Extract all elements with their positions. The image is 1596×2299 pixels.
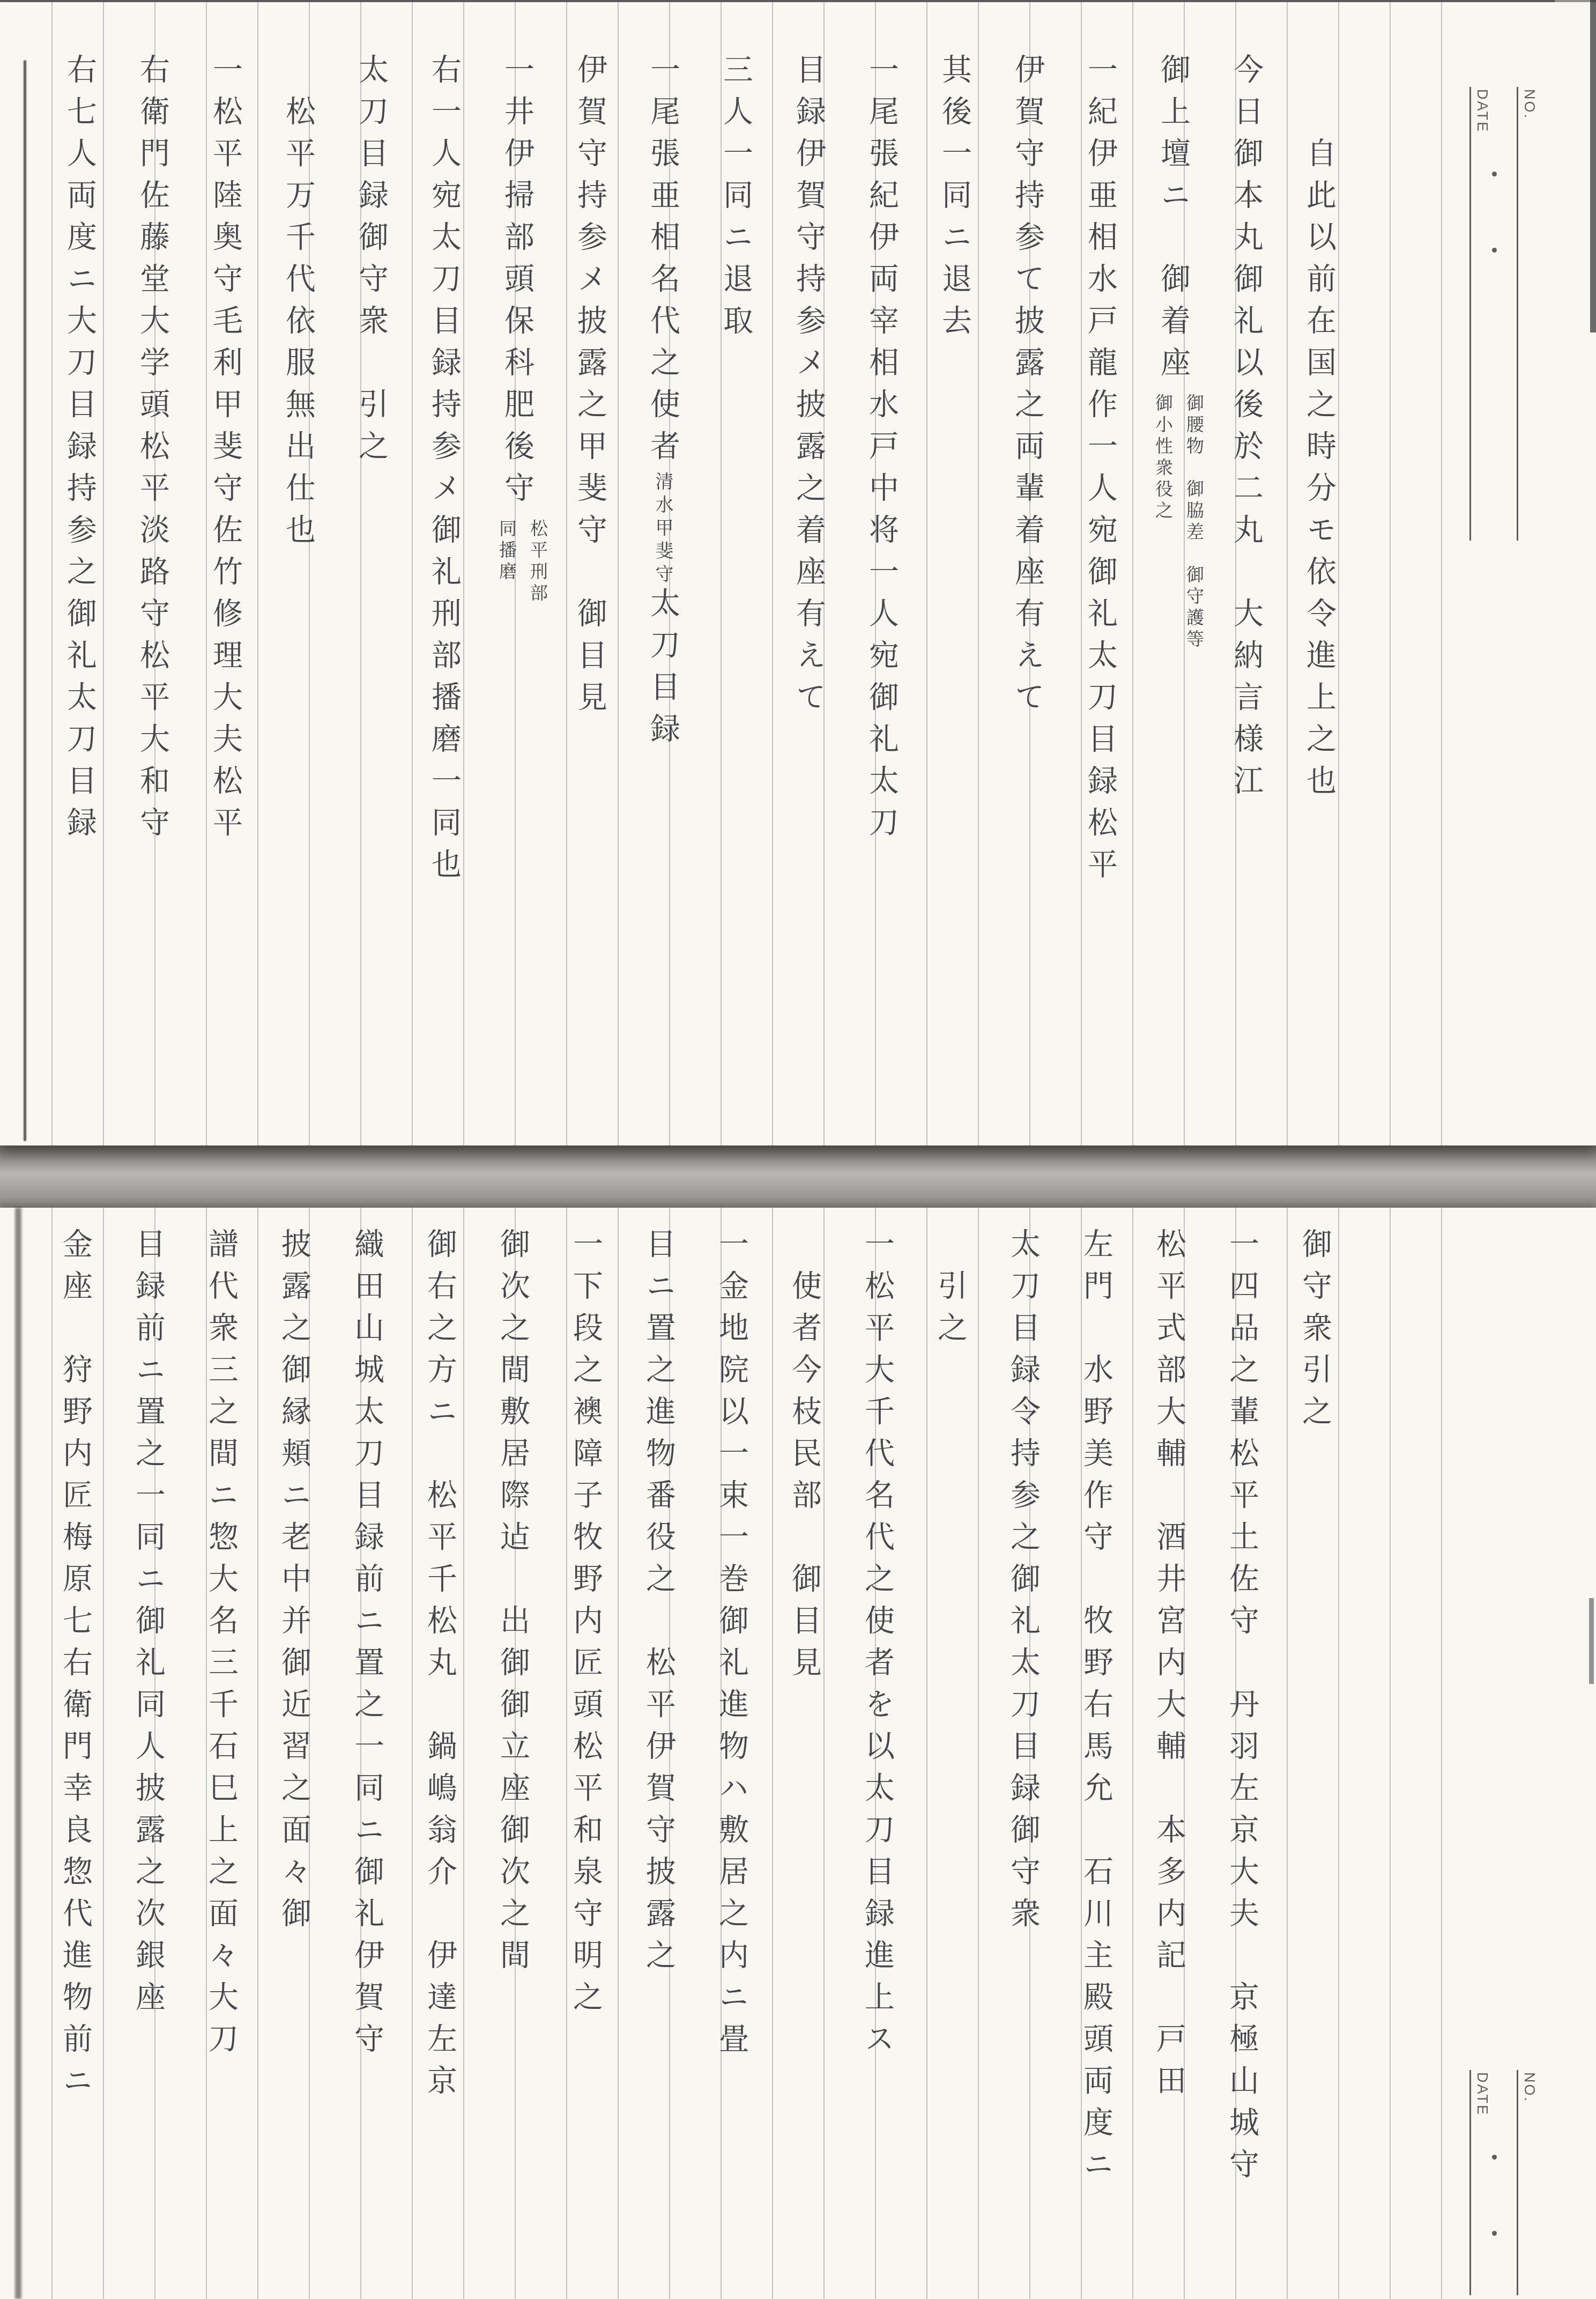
handwriting-column: 松平万千代依服無出仕也 — [262, 54, 335, 1132]
handwriting-column: 一金地院以一束一巻御礼進物ハ敷居之内ニ畳 — [695, 1228, 768, 2295]
no-field-line — [1517, 2070, 1518, 2295]
handwriting-column: 目ニ置之進物番役之 松平伊賀守披露之 — [622, 1228, 695, 2295]
handwriting-column: 一四品之輩松平土佐守 丹羽左京大夫 京極山城守 — [1205, 1228, 1278, 2295]
date-separator-dot — [1492, 248, 1497, 253]
scan-edge-right-page1 — [1590, 0, 1596, 332]
column-text: 太刀目録 — [645, 587, 680, 755]
scanned-notebook: 自此以前在国之時分モ依令進上之也今日御本丸御礼以後於二丸 大納言様江御上壇ニ 御… — [0, 0, 1596, 2299]
no-field-line — [1517, 87, 1518, 541]
handwriting-column: 織田山城太刀目録前ニ置之一同ニ御礼伊賀守 — [330, 1228, 403, 2295]
column-text: 引之 — [933, 1228, 968, 1354]
handwriting-column: 一尾張紀伊両宰相水戸中将一人宛御礼太刀 — [845, 54, 918, 1132]
column-text: 伊賀守持参て披露之両輩着座有えて — [1010, 54, 1045, 723]
handwriting-column: 一下段之襖障子牧野内匠頭松平和泉守明之 — [549, 1228, 622, 2295]
handwriting-column: 一井伊掃部頭保科肥後守松平刑部同播磨 — [480, 54, 553, 1132]
column-text: 御右之方ニ 松平千松丸 鍋嶋翁介 伊達左京 — [422, 1228, 457, 2106]
date-field-line — [1469, 87, 1471, 541]
annotation-pair: 御腰物 御脇差 御守護等御小性衆役之 — [1147, 394, 1209, 651]
column-text: 太刀目録御守衆 引之 — [354, 54, 389, 472]
handwriting-column: 御上壇ニ 御着座御腰物 御脇差 御守護等御小性衆役之 — [1137, 54, 1209, 1132]
column-text: 伊賀守持参メ披露之甲斐守 御目見 — [573, 54, 607, 723]
handwriting-column: 一紀伊亜相水戸龍作一人宛御礼太刀目録松平 — [1064, 54, 1137, 1132]
date-label: DATE — [1474, 89, 1490, 133]
column-text: 一四品之輩松平土佐守 丹羽左京大夫 京極山城守 — [1224, 1228, 1259, 2190]
handwriting-column: 伊賀守持参て披露之両輩着座有えて — [991, 54, 1064, 1132]
date-separator-dot — [1492, 2155, 1497, 2160]
handwriting-column: 一尾張亜相名代之使者清水甲斐守太刀目録 — [626, 54, 699, 1132]
handwriting-column: 御次之間敷居際迠 出御御立座御次之間 — [476, 1228, 549, 2295]
annotation-text: 清水甲斐守 — [652, 472, 673, 587]
column-text: 三人一同ニ退取 — [718, 54, 753, 346]
column-text: 御守衆引之 — [1297, 1228, 1332, 1437]
scan-edge-left-page1 — [24, 60, 26, 1141]
handwriting-column: 三人一同ニ退取 — [699, 54, 772, 1132]
handwriting-column: 太刀目録令持参之御礼太刀目録御守衆 — [986, 1228, 1059, 2295]
handwriting-column: 其後一同ニ退去 — [918, 54, 991, 1132]
column-text: 一尾張紀伊両宰相水戸中将一人宛御礼太刀 — [864, 54, 899, 848]
date-separator-dot — [1492, 2231, 1497, 2236]
column-text: 太刀目録令持参之御礼太刀目録御守衆 — [1006, 1228, 1041, 1939]
handwriting-column: 御右之方ニ 松平千松丸 鍋嶋翁介 伊達左京 — [403, 1228, 476, 2295]
column-text: 目ニ置之進物番役之 松平伊賀守披露之 — [641, 1228, 676, 1981]
page-2: 御守衆引之一四品之輩松平土佐守 丹羽左京大夫 京極山城守松平式部大輔 酒井宮内大… — [0, 1208, 1596, 2299]
column-text: 織田山城太刀目録前ニ置之一同ニ御礼伊賀守 — [350, 1228, 384, 2065]
column-text: 披露之御縁頬ニ老中并御近習之面々御 — [277, 1228, 311, 1939]
page-1: 自此以前在国之時分モ依令進上之也今日御本丸御礼以後於二丸 大納言様江御上壇ニ 御… — [0, 2, 1596, 1145]
column-text: 一松平陸奥守毛利甲斐守佐竹修理大夫松平 — [208, 54, 243, 848]
handwriting-column: 右衛門佐藤堂大学頭松平淡路守松平大和守 — [116, 54, 189, 1132]
handwriting-column: 伊賀守持参メ披露之甲斐守 御目見 — [553, 54, 626, 1132]
column-text: 右衛門佐藤堂大学頭松平淡路守松平大和守 — [135, 54, 170, 848]
scan-edge-right-page2 — [1589, 1598, 1594, 1684]
column-text: 使者今枝民部 御目見 — [787, 1228, 822, 1688]
no-label: NO. — [1521, 2072, 1538, 2103]
no-label: NO. — [1521, 89, 1538, 120]
column-text: 其後一同ニ退去 — [937, 54, 972, 346]
annotation-text: 同播磨 — [491, 519, 522, 605]
handwriting-column: 使者今枝民部 御目見 — [768, 1228, 841, 2295]
column-text: 右一人宛太刀目録持参メ御礼刑部播磨一同也 — [427, 54, 462, 890]
column-text: 一尾張亜相名代之使者 — [645, 54, 680, 472]
column-text: 一金地院以一束一巻御礼進物ハ敷居之内ニ畳 — [714, 1228, 749, 2065]
handwriting-column: 御守衆引之 — [1278, 1228, 1351, 2295]
page-2-columns: 御守衆引之一四品之輩松平土佐守 丹羽左京大夫 京極山城守松平式部大輔 酒井宮内大… — [38, 1228, 1351, 2295]
column-text: 一下段之襖障子牧野内匠頭松平和泉守明之 — [568, 1228, 603, 2023]
no-date-header: NO. DATE — [1461, 2070, 1573, 2295]
handwriting-column: 引之 — [914, 1228, 986, 2295]
column-text: 今日御本丸御礼以後於二丸 大納言様江 — [1229, 54, 1264, 807]
handwriting-column: 右七人両度ニ大刀目録持参之御礼太刀目録 — [43, 54, 116, 1132]
handwriting-column: 松平式部大輔 酒井宮内大輔 本多内記 戸田 — [1132, 1228, 1205, 2295]
column-text: 一井伊掃部頭保科肥後守 — [500, 54, 535, 514]
column-text: 目録伊賀守持参メ披露之着座有えて — [791, 54, 826, 723]
column-text: 松平式部大輔 酒井宮内大輔 本多内記 戸田 — [1152, 1228, 1186, 2106]
column-text: 譜代衆三之間ニ惣大名三千石巳上之面々大刀 — [204, 1228, 239, 2065]
column-text: 一松平大千代名代之使者を以太刀目録進上ス — [860, 1228, 895, 2065]
column-text: 金座 狩野内匠梅原七右衛門幸良惣代進物前ニ — [58, 1228, 93, 2106]
handwriting-column: 太刀目録御守衆 引之 — [335, 54, 407, 1132]
column-text: 松平万千代依服無出仕也 — [281, 54, 316, 556]
column-text: 目録前ニ置之一同ニ御礼同人披露之次銀座 — [131, 1228, 166, 2023]
column-text: 御次之間敷居際迠 出御御立座御次之間 — [495, 1228, 530, 1981]
annotation-pair: 松平刑部同播磨 — [491, 519, 553, 605]
handwriting-column: 目録前ニ置之一同ニ御礼同人披露之次銀座 — [112, 1228, 184, 2295]
handwriting-column: 一松平大千代名代之使者を以太刀目録進上ス — [841, 1228, 914, 2295]
handwriting-column: 目録伊賀守持参メ披露之着座有えて — [772, 54, 845, 1132]
page-gap-shadow — [0, 1145, 1596, 1208]
handwriting-column: 披露之御縁頬ニ老中并御近習之面々御 — [257, 1228, 330, 2295]
handwriting-column: 右一人宛太刀目録持参メ御礼刑部播磨一同也 — [407, 54, 480, 1132]
handwriting-column: 一松平陸奥守毛利甲斐守佐竹修理大夫松平 — [189, 54, 262, 1132]
date-label: DATE — [1474, 2072, 1490, 2116]
handwriting-column: 今日御本丸御礼以後於二丸 大納言様江 — [1209, 54, 1282, 1132]
handwriting-column: 譜代衆三之間ニ惣大名三千石巳上之面々大刀 — [184, 1228, 257, 2295]
scan-edge-left-page2 — [15, 1208, 21, 2299]
page-1-columns: 自此以前在国之時分モ依令進上之也今日御本丸御礼以後於二丸 大納言様江御上壇ニ 御… — [42, 54, 1355, 1132]
column-text: 御上壇ニ 御着座 — [1156, 54, 1191, 388]
annotation-text: 御小性衆役之 — [1147, 394, 1178, 651]
date-field-line — [1469, 2070, 1471, 2295]
no-date-header: NO. DATE — [1461, 87, 1573, 541]
scan-edge-top — [0, 0, 1555, 2]
column-text: 一紀伊亜相水戸龍作一人宛御礼太刀目録松平 — [1083, 54, 1118, 890]
column-text: 右七人両度ニ大刀目録持参之御礼太刀目録 — [62, 54, 97, 848]
annotation-text: 御腰物 御脇差 御守護等 — [1178, 394, 1209, 651]
column-text: 左門 水野美作守 牧野右馬允 石川主殿頭両度ニ — [1079, 1228, 1114, 2190]
handwriting-column: 金座 狩野内匠梅原七右衛門幸良惣代進物前ニ — [39, 1228, 112, 2295]
annotation-text: 松平刑部 — [522, 519, 553, 605]
column-text: 自此以前在国之時分モ依令進上之也 — [1302, 54, 1337, 807]
date-separator-dot — [1492, 172, 1497, 176]
handwriting-column: 自此以前在国之時分モ依令進上之也 — [1282, 54, 1355, 1132]
handwriting-column: 左門 水野美作守 牧野右馬允 石川主殿頭両度ニ — [1059, 1228, 1132, 2295]
